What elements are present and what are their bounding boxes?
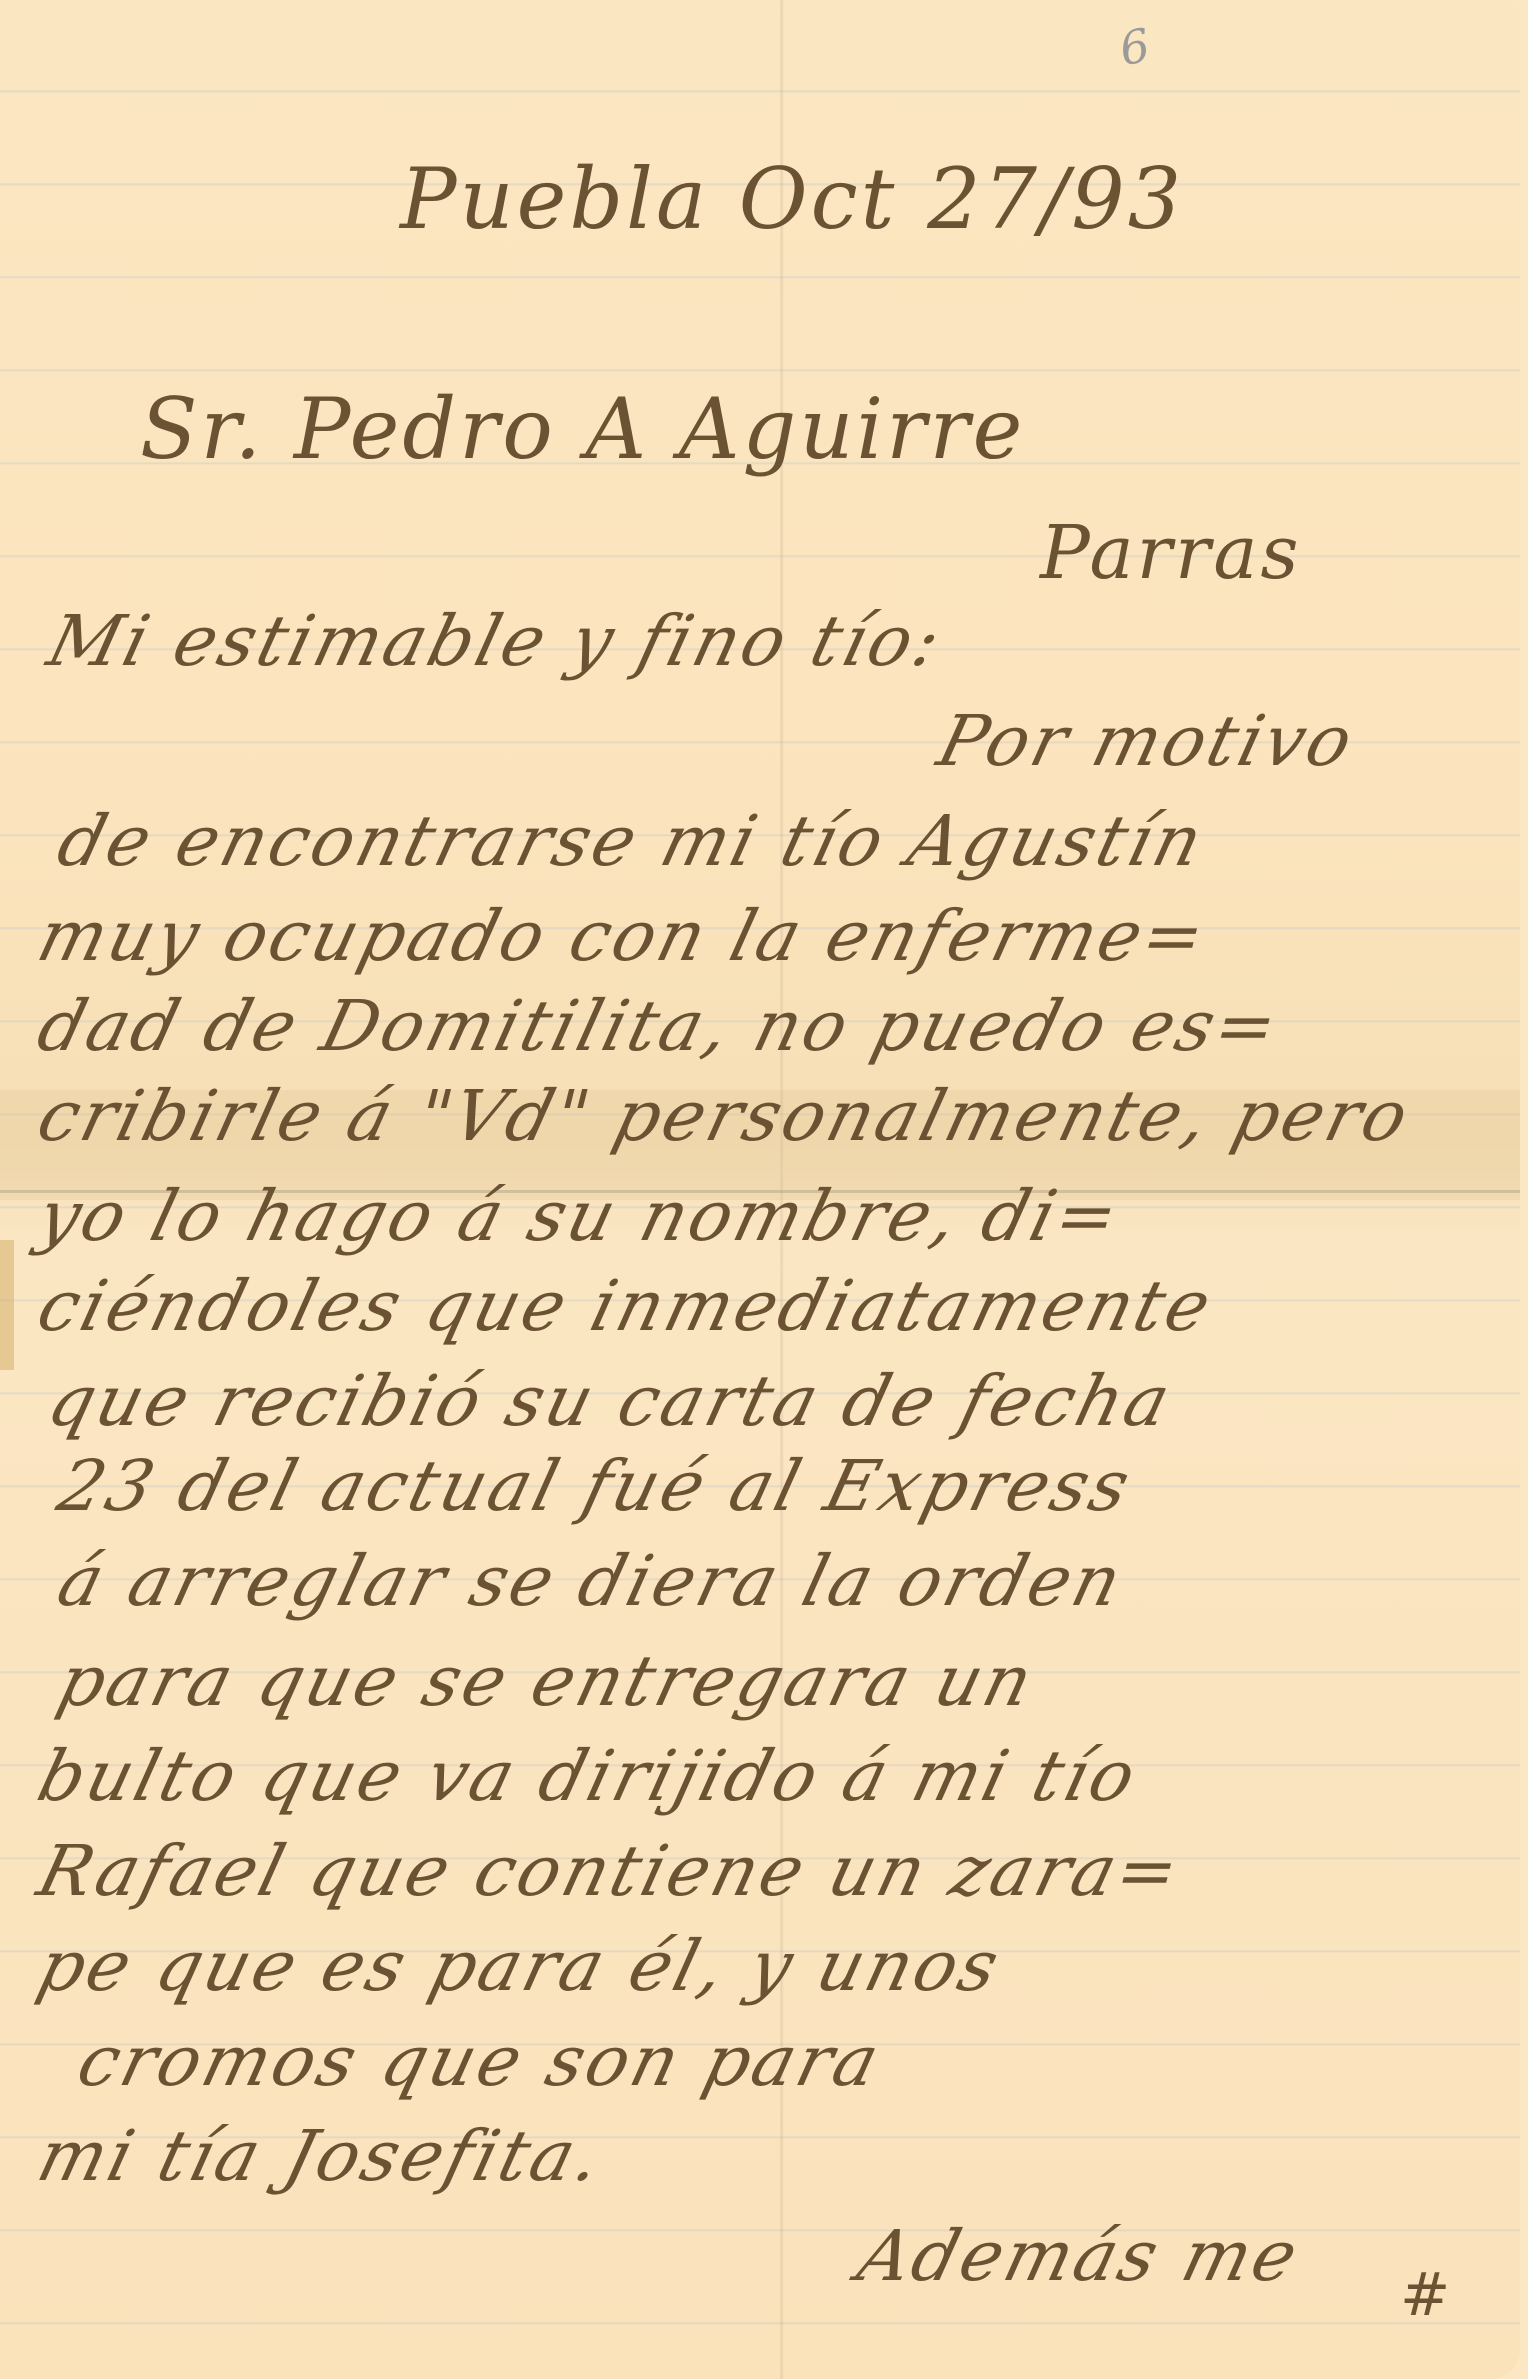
recipient-location: Parras <box>1040 510 1301 596</box>
body-line: ciéndoles que inmediatamente <box>30 1265 1222 1347</box>
body-line: muy ocupado con la enferme= <box>30 895 1216 977</box>
body-line: cribirle á "Vd" personalmente, pero <box>30 1075 1419 1157</box>
body-line: pe que es para él, y unos <box>30 1925 1009 2007</box>
body-line: yo lo hago á su nombre, di= <box>30 1175 1129 1257</box>
paper-edge-stain <box>0 1240 14 1370</box>
closing-fragment: Además me <box>850 2215 1308 2297</box>
body-line: para que se entregara un <box>50 1640 1043 1722</box>
body-line: mi tía Josefita. <box>30 2115 612 2197</box>
body-line: á arreglar se diera la orden <box>50 1540 1132 1622</box>
body-line: Rafael que contiene un zara= <box>30 1830 1190 1912</box>
body-line: 23 del actual fué al Express <box>50 1445 1140 1527</box>
body-line: de encontrarse mi tío Agustín <box>50 800 1213 882</box>
body-line: dad de Domitilita, no puedo es= <box>30 985 1288 1067</box>
body-line: Por motivo <box>930 700 1363 782</box>
salutation: Mi estimable y fino tío: <box>40 600 951 682</box>
body-line: cromos que son para <box>70 2020 890 2102</box>
footer-mark: # <box>1400 2260 1450 2330</box>
body-line: bulto que va dirijido á mi tío <box>30 1735 1146 1817</box>
recipient-name: Sr. Pedro A Aguirre <box>140 380 1025 478</box>
place-date: Puebla Oct 27/93 <box>400 150 1184 248</box>
body-line: que recibió su carta de fecha <box>40 1360 1181 1442</box>
